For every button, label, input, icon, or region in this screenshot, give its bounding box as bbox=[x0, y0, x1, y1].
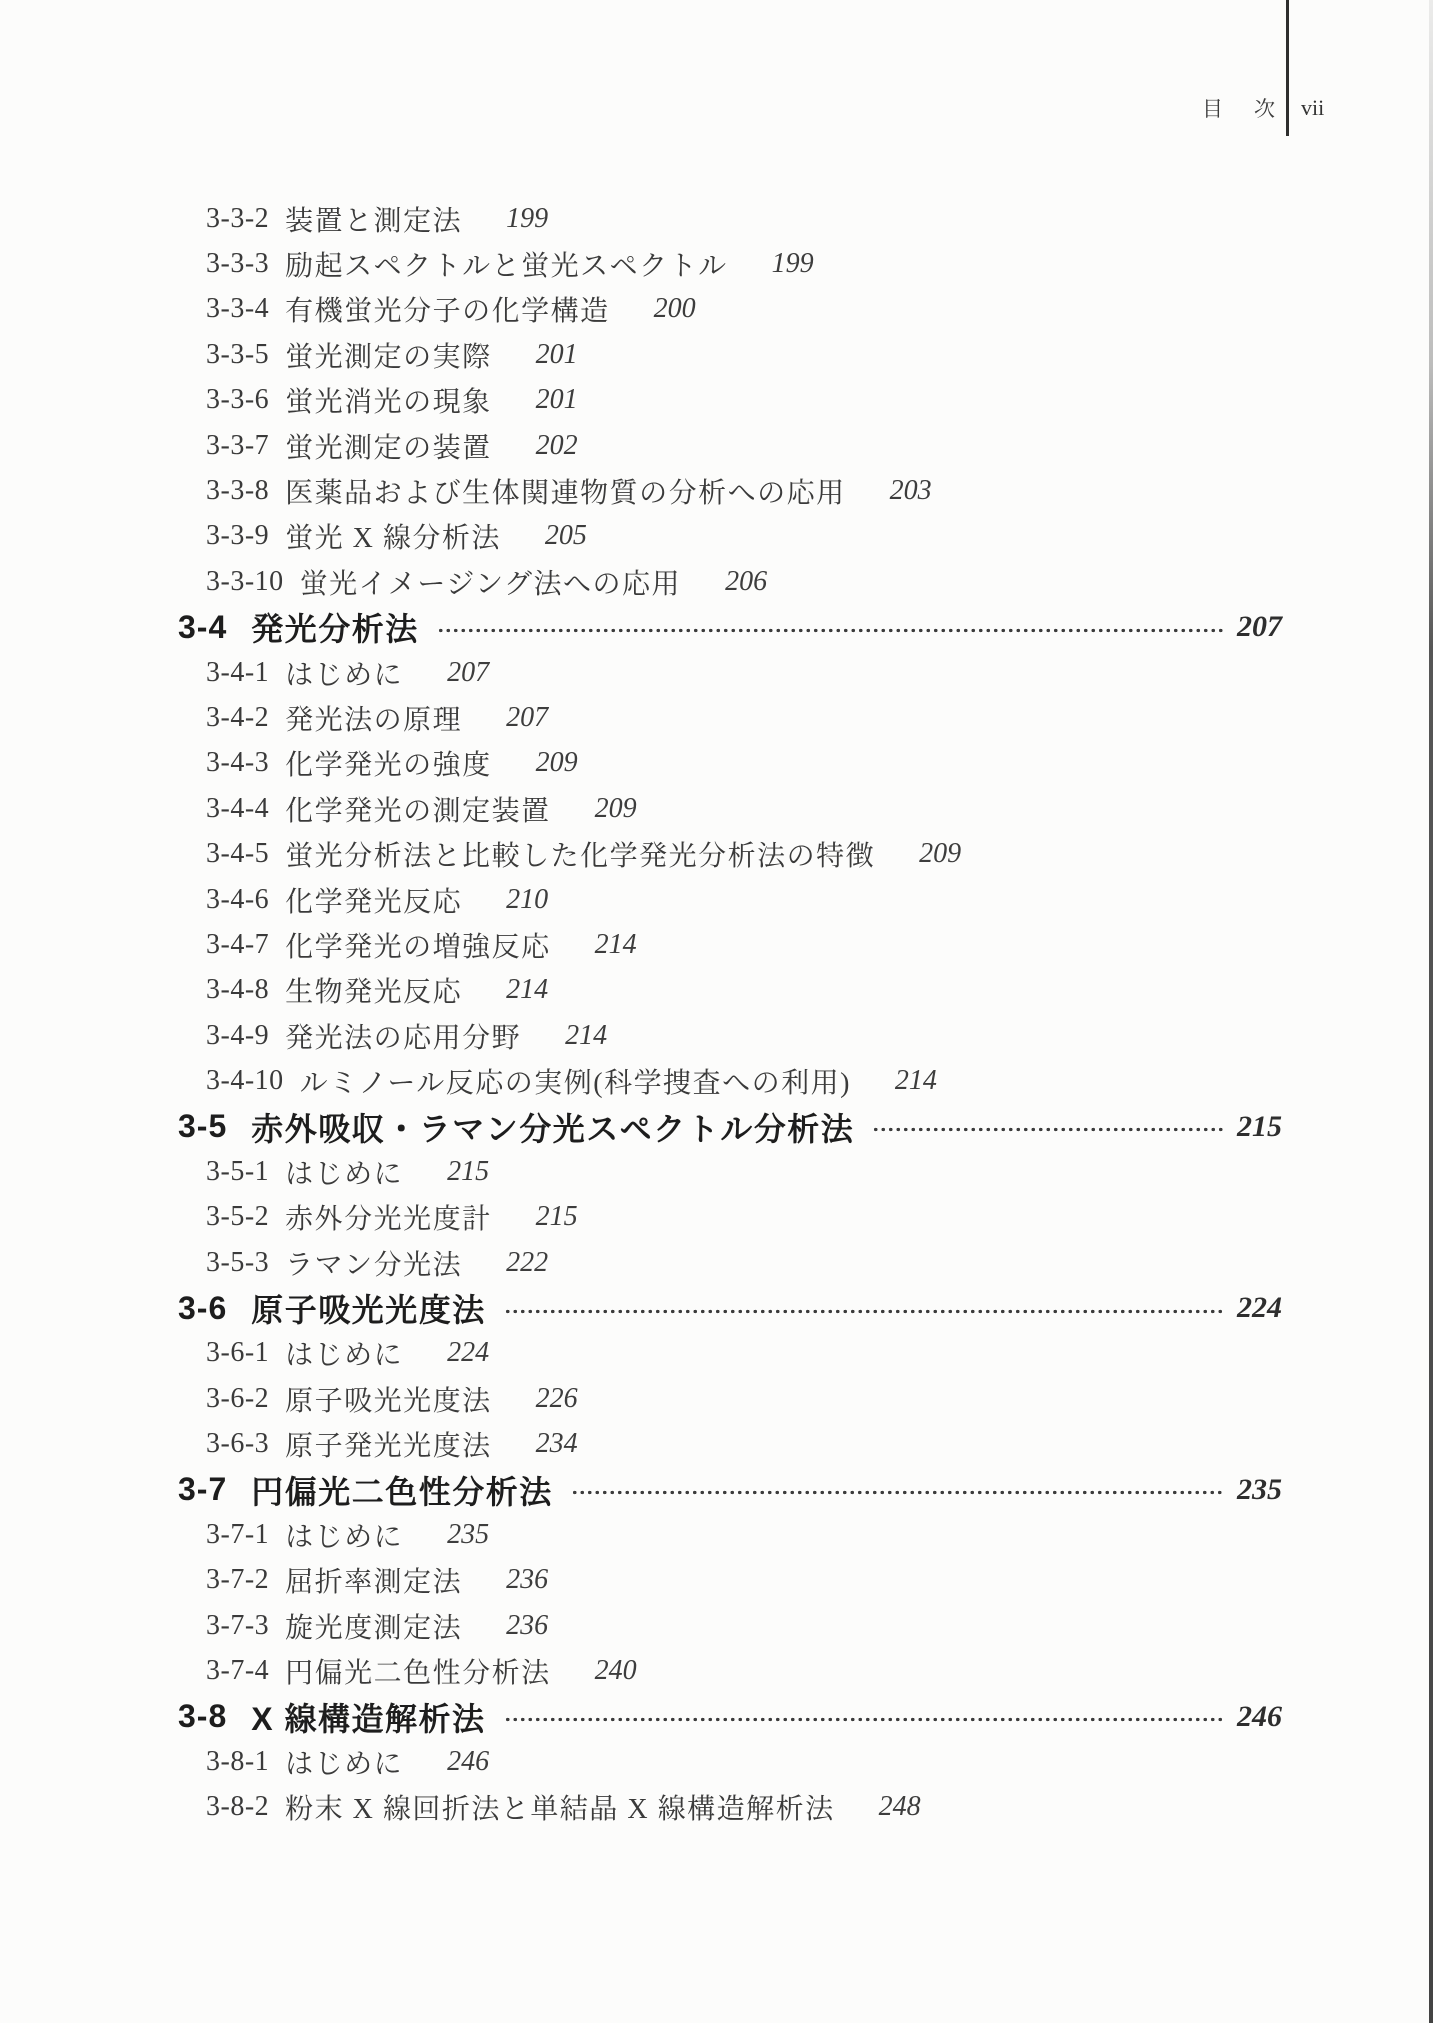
entry-number: 3-4-4 bbox=[206, 793, 269, 825]
entry-number: 3-4-9 bbox=[206, 1020, 269, 1052]
entry-number: 3-3-7 bbox=[206, 430, 269, 462]
entry-page-number: 199 bbox=[772, 248, 814, 280]
entry-title: 蛍光測定の装置 bbox=[285, 426, 492, 466]
section-page-number: 207 bbox=[1237, 610, 1282, 644]
toc-section-entry: 3-7 円偏光二色性分析法 235 bbox=[178, 1467, 1282, 1512]
entry-page-number: 207 bbox=[447, 657, 489, 689]
entry-title: 蛍光イメージング法への応用 bbox=[300, 562, 681, 602]
entry-page-number: 202 bbox=[536, 430, 578, 462]
toc-entry: 3-4-10 ルミノール反応の実例(科学捜査への利用) 214 bbox=[178, 1058, 1282, 1103]
toc-entry: 3-4-5 蛍光分析法と比較した化学発光分析法の特徴 209 bbox=[178, 831, 1282, 876]
entry-number: 3-4-8 bbox=[206, 974, 269, 1006]
entry-number: 3-3-4 bbox=[206, 293, 269, 325]
toc-section-entry: 3-6 原子吸光光度法 224 bbox=[178, 1285, 1282, 1330]
entry-number: 3-3-3 bbox=[206, 248, 269, 280]
toc-entry: 3-8-2 粉末 X 線回折法と単結晶 X 線構造解析法 248 bbox=[178, 1785, 1282, 1830]
dotted-leader bbox=[571, 1489, 1223, 1496]
entry-title: 赤外分光光度計 bbox=[285, 1197, 492, 1237]
entry-page-number: 200 bbox=[654, 293, 696, 325]
toc-entry: 3-5-1 はじめに 215 bbox=[178, 1149, 1282, 1194]
toc-entry: 3-4-9 発光法の応用分野 214 bbox=[178, 1013, 1282, 1058]
entry-page-number: 201 bbox=[536, 339, 578, 371]
entry-page-number: 248 bbox=[879, 1791, 921, 1823]
entry-title: 化学発光の測定装置 bbox=[285, 789, 551, 829]
entry-title: 励起スペクトルと蛍光スペクトル bbox=[285, 244, 728, 284]
entry-title: 原子発光光度法 bbox=[285, 1424, 492, 1464]
entry-title: 円偏光二色性分析法 bbox=[285, 1651, 551, 1691]
entry-page-number: 214 bbox=[595, 929, 637, 961]
section-number: 3-5 bbox=[178, 1108, 227, 1145]
entry-title: ラマン分光法 bbox=[285, 1243, 462, 1283]
entry-number: 3-8-2 bbox=[206, 1791, 269, 1823]
entry-page-number: 215 bbox=[536, 1201, 578, 1233]
dotted-leader bbox=[504, 1716, 1224, 1723]
page-header: 目 次 vii bbox=[0, 0, 1433, 150]
entry-title: ルミノール反応の実例(科学捜査への利用) bbox=[300, 1061, 851, 1101]
section-number: 3-8 bbox=[178, 1698, 227, 1735]
section-page-number: 235 bbox=[1237, 1473, 1282, 1507]
toc-section-entry: 3-4 発光分析法 207 bbox=[178, 605, 1282, 650]
section-title: 原子吸光光度法 bbox=[251, 1285, 486, 1331]
section-title: 円偏光二色性分析法 bbox=[251, 1467, 553, 1513]
entry-number: 3-4-1 bbox=[206, 657, 269, 689]
entry-page-number: 209 bbox=[536, 747, 578, 779]
entry-page-number: 207 bbox=[506, 702, 548, 734]
entry-page-number: 235 bbox=[447, 1519, 489, 1551]
header-divider bbox=[1286, 0, 1289, 136]
entry-number: 3-3-2 bbox=[206, 203, 269, 235]
entry-page-number: 240 bbox=[595, 1655, 637, 1687]
entry-title: 原子吸光光度法 bbox=[285, 1379, 492, 1419]
toc-entry: 3-3-7 蛍光測定の装置 202 bbox=[178, 423, 1282, 468]
toc-entry: 3-4-1 はじめに 207 bbox=[178, 650, 1282, 695]
section-title: 発光分析法 bbox=[251, 604, 419, 650]
entry-title: 蛍光分析法と比較した化学発光分析法の特徴 bbox=[285, 834, 875, 874]
entry-page-number: 215 bbox=[447, 1156, 489, 1188]
toc-entry: 3-7-4 円偏光二色性分析法 240 bbox=[178, 1649, 1282, 1694]
entry-title: 化学発光反応 bbox=[285, 880, 462, 920]
entry-page-number: 205 bbox=[545, 520, 587, 552]
entry-number: 3-4-7 bbox=[206, 929, 269, 961]
toc-entry: 3-5-3 ラマン分光法 222 bbox=[178, 1240, 1282, 1285]
dotted-leader bbox=[872, 1126, 1223, 1133]
toc-entry: 3-4-7 化学発光の増強反応 214 bbox=[178, 922, 1282, 967]
entry-page-number: 226 bbox=[536, 1383, 578, 1415]
toc-entry: 3-7-3 旋光度測定法 236 bbox=[178, 1603, 1282, 1648]
entry-page-number: 236 bbox=[506, 1610, 548, 1642]
entry-number: 3-4-10 bbox=[206, 1065, 284, 1097]
entry-number: 3-7-1 bbox=[206, 1519, 269, 1551]
entry-title: はじめに bbox=[285, 653, 403, 693]
section-page-number: 224 bbox=[1237, 1291, 1282, 1325]
toc-entry: 3-4-2 発光法の原理 207 bbox=[178, 695, 1282, 740]
entry-page-number: 201 bbox=[536, 384, 578, 416]
entry-title: 発光法の応用分野 bbox=[285, 1016, 521, 1056]
section-page-number: 215 bbox=[1237, 1110, 1282, 1144]
entry-title: 装置と測定法 bbox=[285, 199, 462, 239]
entry-page-number: 209 bbox=[919, 838, 961, 870]
header-title: 目 次 bbox=[1202, 93, 1280, 123]
entry-number: 3-6-1 bbox=[206, 1337, 269, 1369]
entry-title: 蛍光測定の実際 bbox=[285, 335, 492, 375]
entry-number: 3-5-2 bbox=[206, 1201, 269, 1233]
toc-list: 3-3-2 装置と測定法 199 3-3-3 励起スペクトルと蛍光スペクトル 1… bbox=[178, 196, 1282, 1830]
toc-entry: 3-3-4 有機蛍光分子の化学構造 200 bbox=[178, 287, 1282, 332]
dotted-leader bbox=[504, 1308, 1223, 1315]
entry-page-number: 206 bbox=[725, 566, 767, 598]
entry-number: 3-3-10 bbox=[206, 566, 284, 598]
entry-page-number: 236 bbox=[506, 1564, 548, 1596]
entry-number: 3-4-2 bbox=[206, 702, 269, 734]
section-title: 赤外吸収・ラマン分光スペクトル分析法 bbox=[251, 1104, 854, 1150]
entry-title: はじめに bbox=[285, 1152, 403, 1192]
toc-entry: 3-8-1 はじめに 246 bbox=[178, 1739, 1282, 1784]
scan-edge-artifact bbox=[1429, 0, 1433, 2023]
toc-entry: 3-4-4 化学発光の測定装置 209 bbox=[178, 786, 1282, 831]
entry-number: 3-5-1 bbox=[206, 1156, 269, 1188]
toc-entry: 3-4-3 化学発光の強度 209 bbox=[178, 741, 1282, 786]
entry-title: 発光法の原理 bbox=[285, 698, 462, 738]
section-title: X 線構造解析法 bbox=[251, 1694, 485, 1740]
section-number: 3-4 bbox=[178, 609, 227, 646]
entry-number: 3-5-3 bbox=[206, 1247, 269, 1279]
header-page-number: vii bbox=[1301, 95, 1324, 121]
entry-page-number: 214 bbox=[506, 974, 548, 1006]
toc-entry: 3-3-3 励起スペクトルと蛍光スペクトル 199 bbox=[178, 241, 1282, 286]
toc-section-entry: 3-8 X 線構造解析法 246 bbox=[178, 1694, 1282, 1739]
entry-page-number: 224 bbox=[447, 1337, 489, 1369]
section-page-number: 246 bbox=[1237, 1700, 1282, 1734]
toc-entry: 3-3-9 蛍光 X 線分析法 205 bbox=[178, 514, 1282, 559]
entry-number: 3-7-4 bbox=[206, 1655, 269, 1687]
entry-page-number: 203 bbox=[890, 475, 932, 507]
entry-title: 蛍光 X 線分析法 bbox=[285, 516, 501, 556]
entry-number: 3-6-3 bbox=[206, 1428, 269, 1460]
toc-page: 目 次 vii 3-3-2 装置と測定法 199 3-3-3 励起スペクトルと蛍… bbox=[0, 0, 1433, 2023]
entry-number: 3-4-3 bbox=[206, 747, 269, 779]
entry-number: 3-7-2 bbox=[206, 1564, 269, 1596]
entry-title: 化学発光の強度 bbox=[285, 743, 492, 783]
entry-page-number: 210 bbox=[506, 884, 548, 916]
toc-entry: 3-4-8 生物発光反応 214 bbox=[178, 968, 1282, 1013]
entry-number: 3-4-6 bbox=[206, 884, 269, 916]
toc-entry: 3-3-8 医薬品および生体関連物質の分析への応用 203 bbox=[178, 468, 1282, 513]
entry-title: 医薬品および生体関連物質の分析への応用 bbox=[285, 471, 846, 511]
entry-title: 生物発光反応 bbox=[285, 970, 462, 1010]
entry-number: 3-4-5 bbox=[206, 838, 269, 870]
entry-number: 3-3-5 bbox=[206, 339, 269, 371]
entry-page-number: 209 bbox=[595, 793, 637, 825]
toc-entry: 3-3-5 蛍光測定の実際 201 bbox=[178, 332, 1282, 377]
entry-title: 屈折率測定法 bbox=[285, 1560, 462, 1600]
entry-page-number: 199 bbox=[506, 203, 548, 235]
entry-title: 粉末 X 線回折法と単結晶 X 線構造解析法 bbox=[285, 1787, 834, 1827]
entry-number: 3-3-9 bbox=[206, 520, 269, 552]
entry-number: 3-3-8 bbox=[206, 475, 269, 507]
entry-page-number: 234 bbox=[536, 1428, 578, 1460]
entry-title: はじめに bbox=[285, 1515, 403, 1555]
toc-section-entry: 3-5 赤外吸収・ラマン分光スペクトル分析法 215 bbox=[178, 1104, 1282, 1149]
entry-number: 3-8-1 bbox=[206, 1746, 269, 1778]
toc-entry: 3-3-6 蛍光消光の現象 201 bbox=[178, 378, 1282, 423]
toc-entry: 3-6-2 原子吸光光度法 226 bbox=[178, 1376, 1282, 1421]
entry-title: はじめに bbox=[285, 1333, 403, 1373]
entry-title: はじめに bbox=[285, 1742, 403, 1782]
toc-entry: 3-6-1 はじめに 224 bbox=[178, 1331, 1282, 1376]
section-number: 3-6 bbox=[178, 1290, 227, 1327]
entry-title: 蛍光消光の現象 bbox=[285, 380, 492, 420]
entry-number: 3-6-2 bbox=[206, 1383, 269, 1415]
entry-page-number: 214 bbox=[895, 1065, 937, 1097]
toc-entry: 3-4-6 化学発光反応 210 bbox=[178, 877, 1282, 922]
entry-title: 化学発光の増強反応 bbox=[285, 925, 551, 965]
entry-title: 旋光度測定法 bbox=[285, 1606, 462, 1646]
section-number: 3-7 bbox=[178, 1471, 227, 1508]
toc-entry: 3-6-3 原子発光光度法 234 bbox=[178, 1422, 1282, 1467]
entry-number: 3-3-6 bbox=[206, 384, 269, 416]
dotted-leader bbox=[437, 627, 1223, 634]
toc-entry: 3-7-2 屈折率測定法 236 bbox=[178, 1558, 1282, 1603]
entry-page-number: 214 bbox=[565, 1020, 607, 1052]
toc-entry: 3-3-2 装置と測定法 199 bbox=[178, 196, 1282, 241]
entry-title: 有機蛍光分子の化学構造 bbox=[285, 289, 610, 329]
toc-entry: 3-7-1 はじめに 235 bbox=[178, 1512, 1282, 1557]
entry-number: 3-7-3 bbox=[206, 1610, 269, 1642]
entry-page-number: 222 bbox=[506, 1247, 548, 1279]
entry-page-number: 246 bbox=[447, 1746, 489, 1778]
toc-entry: 3-5-2 赤外分光光度計 215 bbox=[178, 1195, 1282, 1240]
toc-entry: 3-3-10 蛍光イメージング法への応用 206 bbox=[178, 559, 1282, 604]
